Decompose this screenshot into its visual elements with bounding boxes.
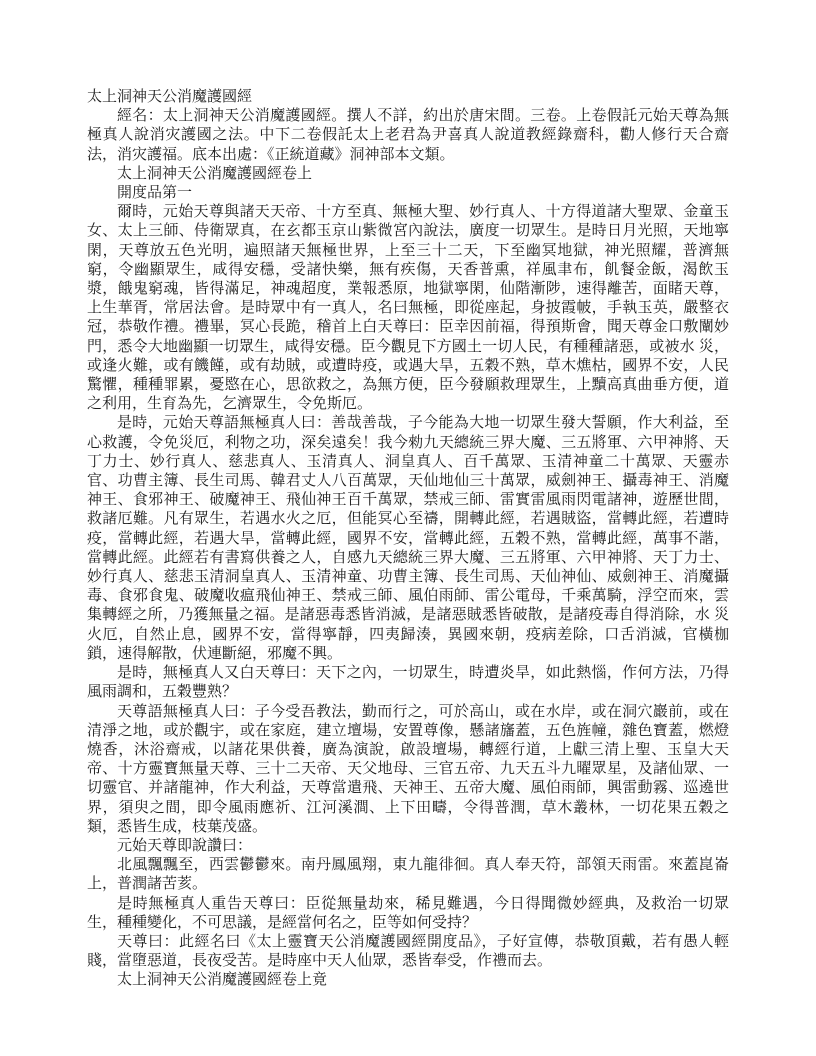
body-paragraph-3: 是時，無極真人又白天尊曰：天下之內，一切眾生，時遭炎旱，如此熱惱，作何方法，乃得… [87,664,729,702]
verse-intro: 元始天尊即說讚曰： [87,837,729,856]
body-paragraph-6: 天尊曰：此經名曰《太上靈寶天公消魔護國經開度品》，子好宣傳，恭敬頂戴，若有愚人輕… [87,933,729,971]
document-title: 太上洞神天公消魔護國經 [87,88,729,107]
body-paragraph-1: 爾時，元始天尊與諸天天帝、十方至真、無極大聖、妙行真人、十方得道諸大聖眾、金童玉… [87,203,729,414]
colophon-paragraph: 經名：太上洞神天公消魔護國經。撰人不詳，約出於唐宋間。三卷。上卷假託元始天尊為無… [87,107,729,165]
scripture-text-block: 太上洞神天公消魔護國經 經名：太上洞神天公消魔護國經。撰人不詳，約出於唐宋間。三… [87,88,729,991]
body-paragraph-5: 是時無極真人重告天尊曰：臣從無量劫來，稀見難遇，今日得聞微妙經典，及救治一切眾生… [87,895,729,933]
document-page: 太上洞神天公消魔護國經 經名：太上洞神天公消魔護國經。撰人不詳，約出於唐宋間。三… [0,0,816,1056]
verse-text: 北風飄飄至，西雲鬱鬱來。南丹鳳風翔，東九龍徘徊。真人奉天符，部領天雨雷。來蓋崑崙… [87,856,729,894]
volume-title: 太上洞神天公消魔護國經卷上 [87,165,729,184]
body-paragraph-4: 天尊語無極真人曰：子今受吾教法，勤而行之，可於高山，或在水岸，或在洞穴巖前，或在… [87,703,729,837]
body-paragraph-2: 是時，元始天尊語無極真人曰：善哉善哉，子今能為大地一切眾生發大誓願，作大利益，至… [87,414,729,664]
chapter-title: 開度品第一 [87,184,729,203]
volume-end-line: 太上洞神天公消魔護國經卷上竟 [87,971,729,990]
